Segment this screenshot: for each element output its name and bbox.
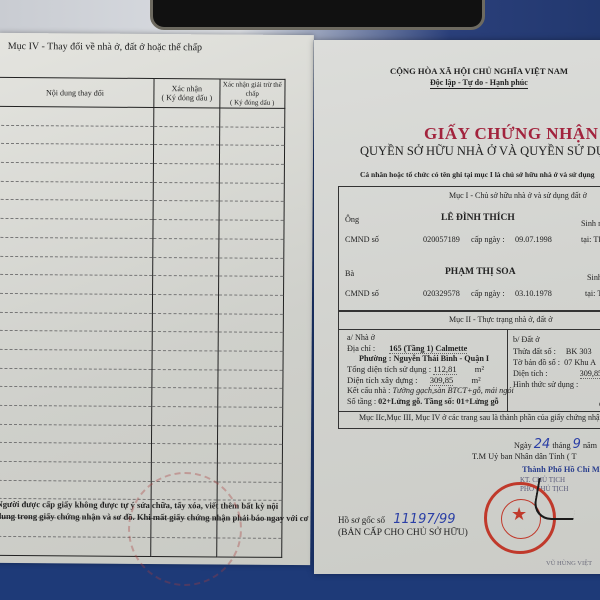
table-cell (219, 201, 285, 220)
owner-2-salutation: Bà (345, 269, 354, 278)
star-icon: ★ (511, 504, 527, 525)
house-ward: Phường : Nguyễn Thái Bình - Quận I (359, 354, 489, 363)
table-cell (0, 461, 152, 481)
owner-2-name: PHẠM THỊ SOA (445, 267, 516, 277)
land-plot: BK 303 (566, 347, 592, 356)
house-structure-row: Kết cấu nhà : Tường gạch,sàn BTCT+gỗ, má… (347, 386, 514, 395)
table-cell (152, 406, 218, 425)
table-row (0, 219, 284, 240)
house-built-area-row: Diện tích xây dựng : 309,85 m² (347, 375, 481, 385)
footnote: Mục IIc,Mục III, Mục IV ở các trang sau … (359, 413, 600, 422)
table-cell (218, 351, 284, 370)
col-header-confirm: Xác nhận ( Ký đóng dấu ) (154, 78, 220, 107)
table-row (0, 443, 282, 464)
table-row (0, 349, 283, 370)
owner-1-id-row: CMND số 020057189 cấp ngày : 09.07.1998 … (345, 235, 600, 244)
table-cell (152, 313, 218, 332)
table-cell (152, 332, 218, 351)
table-cell (152, 388, 218, 407)
year-label: năm (583, 441, 597, 450)
owner-1-issued-label: cấp ngày : (471, 235, 505, 244)
table-row (0, 200, 284, 221)
table-cell (217, 370, 283, 389)
nation-header: CỘNG HÒA XÃ HỘI CHỦ NGHĨA VIỆT NAM (390, 66, 568, 76)
owner-1-salutation: Ông (345, 215, 359, 224)
table-cell (219, 183, 285, 202)
file-number-row: Hồ sơ gốc số 11197/99 (338, 512, 456, 527)
day-label: Ngày (514, 441, 532, 450)
land-area: 309,85 (580, 369, 600, 379)
table-row (0, 275, 284, 296)
table-cell (218, 257, 284, 276)
table-row (0, 461, 282, 482)
land-map-label: Tờ bản đồ số : (513, 358, 560, 367)
table-row (0, 331, 283, 352)
table-cell (153, 164, 219, 183)
table-cell (219, 164, 285, 183)
house-built-area: 309,85 (430, 375, 454, 386)
land-area-label: Diện tích : (513, 369, 548, 378)
table-cell (152, 350, 218, 369)
table-row (0, 181, 284, 202)
table-cell (0, 480, 151, 500)
owner-2-issued-date: 03.10.1978 (515, 289, 552, 298)
col-header-mortgage-release: Xác nhận giải trừ thế chấp ( Ký đóng dấu… (219, 79, 285, 108)
table-cell (153, 276, 219, 295)
land-map-row: Tờ bản đồ số : 07 Khu A (513, 358, 596, 367)
table-cell (152, 425, 218, 444)
section-i-box: Mục I - Chủ sở hữu nhà ở và sử dụng đất … (338, 186, 600, 312)
land-map: 07 Khu A (564, 358, 596, 367)
table-cell (219, 220, 285, 239)
table-cell (218, 239, 284, 258)
table-row (0, 106, 285, 127)
authority: T.M Uỷ ban Nhân dân Tỉnh ( T (472, 452, 577, 461)
table-row (0, 293, 284, 314)
owner-2-id-row: CMND số 020329578 cấp ngày : 03.10.1978 … (345, 289, 600, 298)
changes-table: Nội dung thay đổi Xác nhận ( Ký đóng dấu… (0, 77, 286, 558)
section-ii-title: Mục II - Thực trạng nhà ở, đất ở (449, 315, 553, 324)
file-label: Hồ sơ gốc số (338, 515, 385, 525)
signer-name: VŨ HÙNG VIỆT (546, 560, 592, 567)
issue-date-row: Ngày 24 tháng 9 năm (514, 437, 597, 452)
land-heading: b/ Đất ở (513, 335, 540, 344)
table-row (0, 125, 285, 146)
house-structure: Tường gạch,sàn BTCT+gỗ, mái ngói (392, 386, 513, 395)
col-header-content: Nội dung thay đổi (0, 77, 154, 107)
table-cell (218, 276, 284, 295)
table-cell (153, 182, 219, 201)
month-label: tháng (552, 441, 570, 450)
table-cell (0, 125, 154, 145)
issue-day: 24 (534, 437, 551, 452)
table-row (0, 144, 285, 165)
owner-2-id-label: CMND số (345, 289, 379, 298)
intro-line: Cá nhân hoặc tổ chức có tên ghi tại mục … (360, 170, 595, 179)
house-total-area-unit: m² (475, 364, 484, 374)
owner-1-row: Ông LÊ ĐÌNH THÍCH Sinh n (345, 215, 600, 224)
owner-2-place: tại: TP. H (585, 289, 600, 298)
owner-1-issued-date: 09.07.1998 (515, 235, 552, 244)
signature (531, 478, 580, 520)
owner-1-place: tại: TP. H (581, 235, 600, 244)
table-cell (0, 200, 153, 220)
table-cell (0, 424, 152, 444)
table-row (0, 387, 283, 408)
house-floors-row: Số tầng : 02+Lửng gỗ. Tầng số: 01+Lửng g… (347, 397, 499, 406)
table-cell (0, 331, 152, 351)
footnote-box: Mục IIc,Mục III, Mục IV ở các trang sau … (338, 410, 600, 429)
table-cell (153, 294, 219, 313)
owner-1-name: LÊ ĐÌNH THÍCH (441, 213, 515, 223)
house-floors: 02+Lửng gỗ. Tầng số: 01+Lửng gỗ (378, 397, 498, 406)
section-ii-box: Mục II - Thực trạng nhà ở, đất ở a/ Nhà … (338, 310, 600, 412)
table-cell (219, 127, 285, 146)
smartphone-object (150, 0, 485, 30)
table-row (0, 424, 283, 445)
table-cell (0, 106, 154, 126)
table-cell (218, 295, 284, 314)
issue-month: 9 (573, 437, 581, 452)
house-address: 165 (Tầng 1) Calmette (389, 344, 467, 354)
stamp-bleed-through (128, 472, 242, 586)
house-heading: a/ Nhà ở (347, 333, 375, 342)
table-row (0, 405, 283, 426)
table-cell (218, 332, 284, 351)
table-row (0, 256, 284, 277)
table-cell (154, 107, 220, 126)
section-i-title: Mục I - Chủ sở hữu nhà ở và sử dụng đất … (449, 191, 587, 200)
copy-note: (BẢN CẤP CHO CHỦ SỞ HỮU) (338, 528, 468, 538)
house-total-area-row: Tổng diện tích sử dụng : 112,81 m² (347, 364, 484, 374)
table-cell (153, 201, 219, 220)
table-cell (153, 257, 219, 276)
table-row (0, 237, 284, 258)
table-cell (0, 144, 154, 164)
house-total-area: 112,81 (433, 364, 456, 375)
table-cell (217, 426, 283, 445)
owner-2-id: 020329578 (423, 289, 460, 298)
table-cell (219, 145, 285, 164)
land-usage-label: Hình thức sử dụng : (513, 380, 578, 389)
table-cell (0, 293, 153, 313)
table-cell (0, 405, 152, 425)
land-area-row: Diện tích : 309,85 (513, 369, 600, 378)
table-cell (0, 256, 153, 276)
owner-1-id-label: CMND số (345, 235, 379, 244)
table-cell (154, 126, 220, 145)
certificate-subtitle: QUYỀN SỞ HỮU NHÀ Ở VÀ QUYỀN SỬ DỤNG (360, 144, 600, 159)
table-cell (0, 312, 153, 332)
table-row (0, 162, 284, 183)
table-cell (217, 407, 283, 426)
motto: Độc lập - Tự do - Hạnh phúc (430, 78, 528, 89)
table-cell (154, 145, 220, 164)
table-cell (217, 388, 283, 407)
table-cell (0, 162, 154, 182)
house-address-label: Địa chỉ : (347, 344, 375, 353)
house-total-area-label: Tổng diện tích sử dụng : (347, 364, 431, 374)
table-row (0, 368, 283, 389)
table-cell (153, 220, 219, 239)
table-cell (217, 463, 283, 482)
table-cell (0, 219, 153, 239)
house-built-area-unit: m² (471, 375, 480, 385)
certificate-title: GIẤY CHỨNG NHẬN (424, 124, 598, 144)
owner-1-id: 020057189 (423, 235, 460, 244)
owner-1-birth-label: Sinh n (581, 219, 600, 228)
table-cell (0, 443, 152, 463)
table-cell (218, 314, 284, 333)
table-cell (153, 238, 219, 257)
land-plot-row: Thửa đất số : BK 303 (513, 347, 592, 356)
city: Thành Phố Hồ Chí Minh (522, 465, 600, 474)
owner-2-issued-label: cấp ngày : (471, 289, 505, 298)
table-cell (0, 181, 153, 201)
house-floors-label: Số tầng : (347, 397, 376, 406)
file-number: 11197/99 (393, 512, 455, 527)
table-row (0, 312, 283, 333)
table-cell (0, 368, 152, 388)
table-cell (0, 275, 153, 295)
table-cell (0, 349, 152, 369)
land-plot-label: Thửa đất số : (513, 347, 556, 356)
section-iv-title: Mục IV - Thay đổi về nhà ở, đất ở hoặc t… (8, 41, 202, 53)
owner-2-birth-label: Sinh (587, 273, 600, 282)
table-cell (152, 444, 218, 463)
table-cell (217, 444, 283, 463)
table-cell (152, 369, 218, 388)
house-structure-label: Kết cấu nhà : (347, 386, 390, 395)
table-cell (0, 387, 152, 407)
owner-2-row: Bà PHẠM THỊ SOA Sinh (345, 269, 600, 278)
house-built-area-label: Diện tích xây dựng : (347, 375, 418, 385)
table-cell (219, 108, 285, 127)
house-address-row: Địa chỉ : 165 (Tầng 1) Calmette (347, 344, 467, 353)
table-cell (0, 237, 153, 257)
